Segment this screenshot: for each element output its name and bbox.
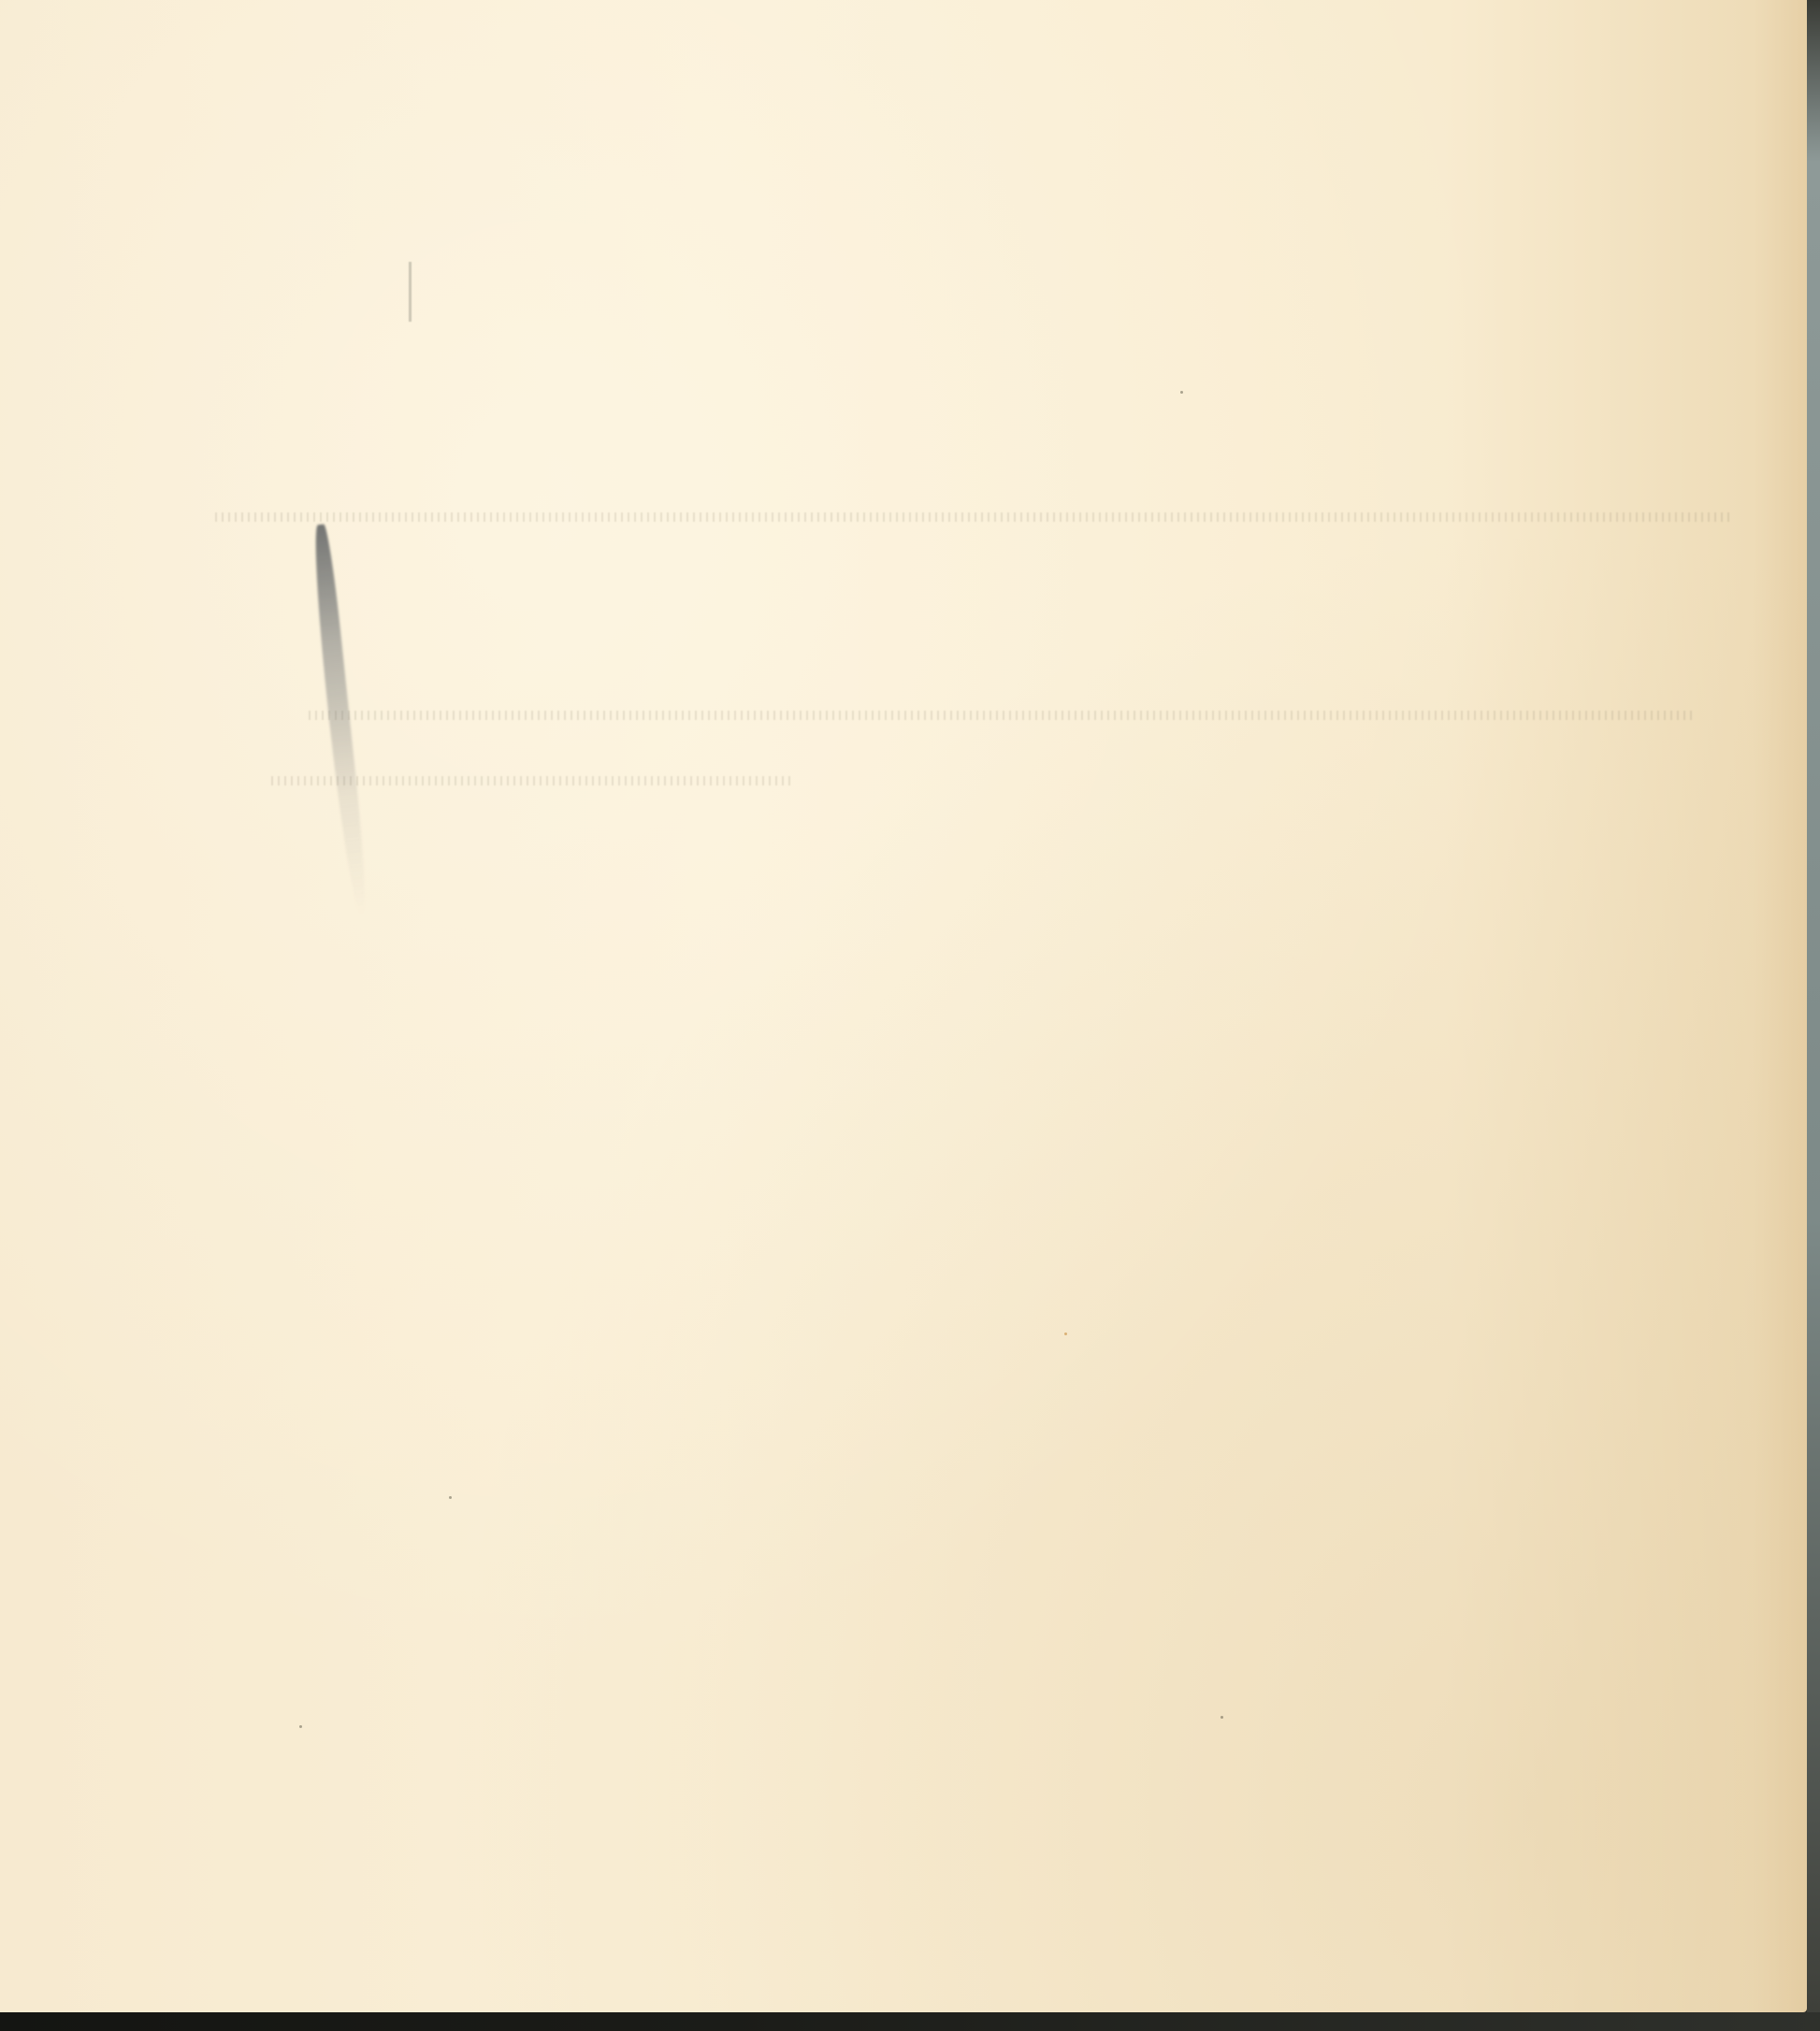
bleed-through-line-1	[215, 512, 1730, 522]
scan-bottom-edge	[0, 2012, 1820, 2031]
speck	[1064, 1332, 1067, 1335]
speck	[1180, 391, 1183, 394]
speck	[449, 1496, 452, 1499]
scanned-page	[0, 0, 1807, 2012]
bleed-through-line-2	[309, 711, 1693, 720]
speck	[1221, 1716, 1223, 1719]
pencil-mark	[309, 524, 370, 916]
tick-mark	[409, 262, 412, 322]
speck	[299, 1725, 302, 1728]
scan-right-edge	[1807, 0, 1820, 2031]
